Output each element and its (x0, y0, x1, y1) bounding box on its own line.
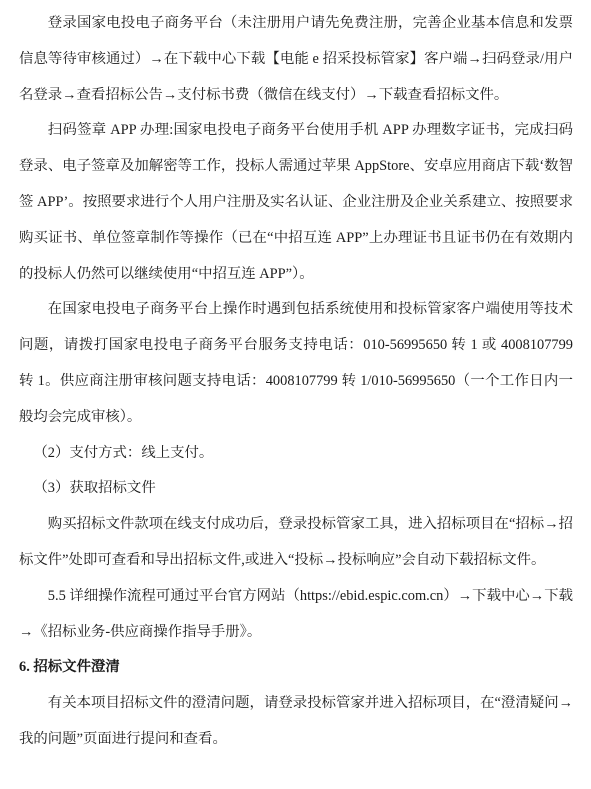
para-download-tender-docs: 购买招标文件款项在线支付成功后，登录投标管家工具，进入招标项目在“招标→招标文件… (19, 507, 573, 579)
para-platform-login-flow: 登录国家电投电子商务平台（未注册用户请先免费注册，完善企业基本信息和发票信息等待… (19, 6, 573, 113)
para-tech-support-phones: 在国家电投电子商务平台上操作时遇到包括系统使用和投标管家客户端使用等技术问题，请… (19, 292, 573, 435)
para-clarification-instructions: 有关本项目招标文件的澄清问题，请登录投标管家并进入招标项目，在“澄清疑问→我的问… (19, 686, 573, 758)
para-obtain-tender-docs-title: （3）获取招标文件 (19, 471, 573, 507)
document-page: 登录国家电投电子商务平台（未注册用户请先免费注册，完善企业基本信息和发票信息等待… (0, 0, 591, 789)
heading-tender-clarification: 6. 招标文件澄清 (19, 650, 573, 686)
para-payment-method: （2）支付方式：线上支付。 (19, 436, 573, 472)
para-app-signature-process: 扫码签章 APP 办理:国家电投电子商务平台使用手机 APP 办理数字证书，完成… (19, 113, 573, 292)
para-operation-manual: 5.5 详细操作流程可通过平台官方网站（https://ebid.espic.c… (19, 579, 573, 651)
